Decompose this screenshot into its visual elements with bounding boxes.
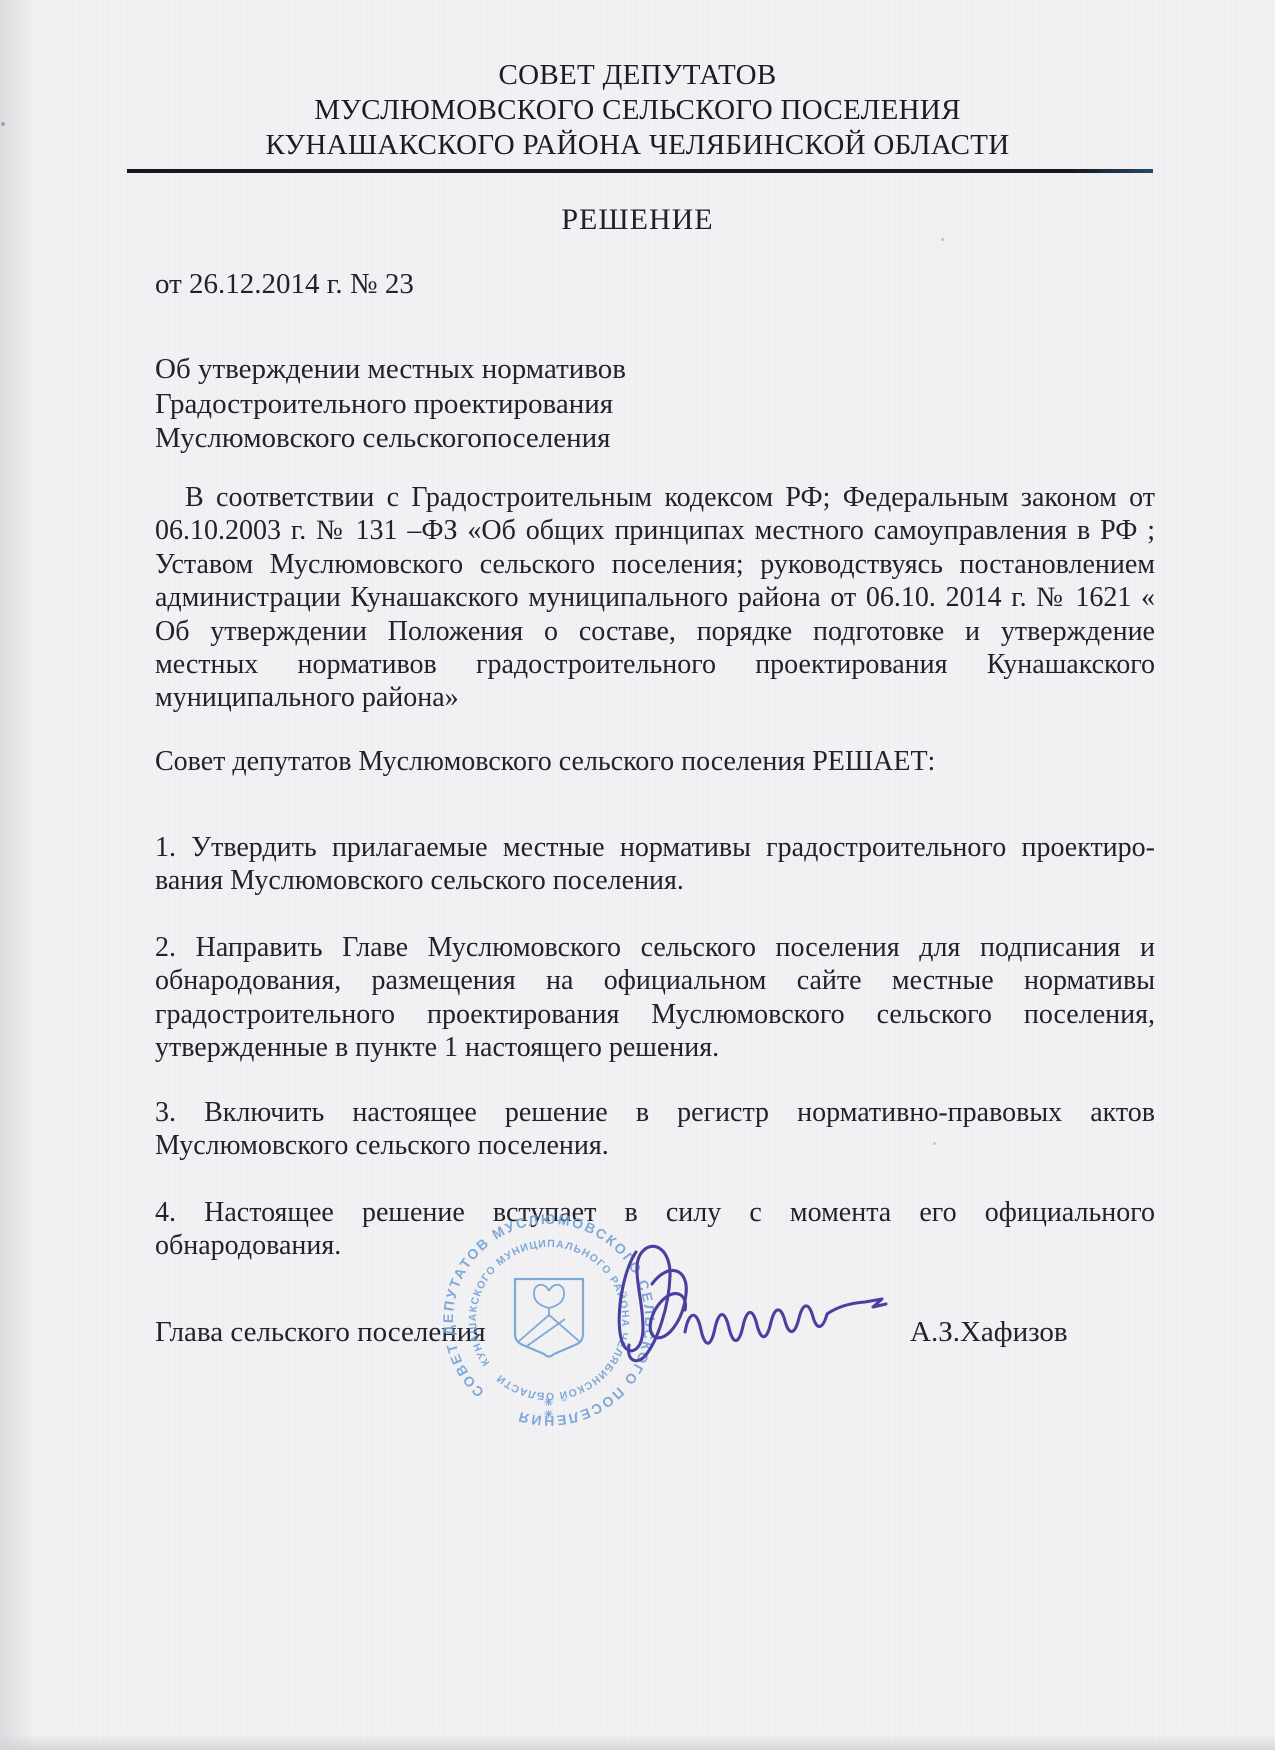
item-line: Муслюмовского сельского поселения.: [155, 1129, 1155, 1162]
stamp-crest-chevron: [518, 1315, 580, 1346]
preamble-line: В соответствии с Градостроительным кодек…: [155, 481, 1155, 514]
letterhead-line-2: МУСЛЮМОВСКОГО СЕЛЬСКОГО ПОСЕЛЕНИЯ: [0, 93, 1275, 128]
item-line: обнародования, размещения на официальном…: [155, 964, 1155, 997]
subject-line: Об утверждении местных нормативов: [155, 352, 1155, 387]
letterhead-line-1: СОВЕТ ДЕПУТАТОВ: [0, 58, 1275, 93]
doc-title: РЕШЕНИЕ: [0, 203, 1275, 237]
item-line: 2. Направить Главе Муслюмовского сельско…: [155, 931, 1155, 964]
scan-speck: [1, 122, 5, 126]
subject-line: Градостроительного проектирования: [155, 387, 1155, 422]
resolution-item-1: 1. Утвердить прилагаемые местные нормати…: [155, 831, 1155, 898]
resolution-intro-line: Совет депутатов Муслюмовского сельского …: [155, 745, 1155, 778]
subject-line: Муслюмовского сельскогопоселения: [155, 421, 1155, 456]
preamble-line: администрации Кунашакского муниципальног…: [155, 581, 1155, 614]
scan-speck: [933, 1142, 936, 1145]
scan-speck: [941, 238, 944, 241]
resolution-item-3: 3. Включить настоящее решение в регистр …: [155, 1096, 1155, 1163]
item-line: вания Муслюмовского сельского поселения.: [155, 864, 1155, 897]
signature-ink: [592, 1232, 892, 1382]
stamp-star-icon: ✳: [544, 1397, 553, 1409]
preamble-paragraph: В соответствии с Градостроительным кодек…: [155, 481, 1155, 715]
stamp-star-icon: ✳: [544, 1409, 553, 1421]
document-page: СОВЕТ ДЕПУТАТОВ МУСЛЮМОВСКОГО СЕЛЬСКОГО …: [0, 0, 1275, 1750]
subject-block: Об утверждении местных нормативов Градос…: [155, 352, 1155, 456]
header-rule: [127, 169, 1153, 173]
item-line: градостроительного проектирования Муслюм…: [155, 998, 1155, 1031]
preamble-line: 06.10.2003 г. № 131 –ФЗ «Об общих принци…: [155, 514, 1155, 547]
preamble-line: муниципального района»: [155, 681, 1155, 714]
preamble-line: Уставом Муслюмовского сельского поселени…: [155, 548, 1155, 581]
item-line: 1. Утвердить прилагаемые местные нормати…: [155, 831, 1155, 864]
letterhead-line-3: КУНАШАКСКОГО РАЙОНА ЧЕЛЯБИНСКОЙ ОБЛАСТИ: [0, 128, 1275, 163]
preamble-line: Об утверждении Положения о составе, поря…: [155, 615, 1155, 648]
signature-name: А.З.Хафизов: [910, 1316, 1068, 1349]
tulip-icon: [534, 1285, 564, 1317]
resolution-item-2: 2. Направить Главе Муслюмовского сельско…: [155, 931, 1155, 1065]
date-number-line: от 26.12.2014 г. № 23: [155, 268, 414, 301]
preamble-line: местных нормативов градостроительного пр…: [155, 648, 1155, 681]
item-line: утвержденные в пункте 1 настоящего решен…: [155, 1031, 1155, 1064]
resolution-intro: Совет депутатов Муслюмовского сельского …: [155, 745, 1155, 778]
letterhead: СОВЕТ ДЕПУТАТОВ МУСЛЮМОВСКОГО СЕЛЬСКОГО …: [0, 58, 1275, 163]
item-line: 3. Включить настоящее решение в регистр …: [155, 1096, 1155, 1129]
